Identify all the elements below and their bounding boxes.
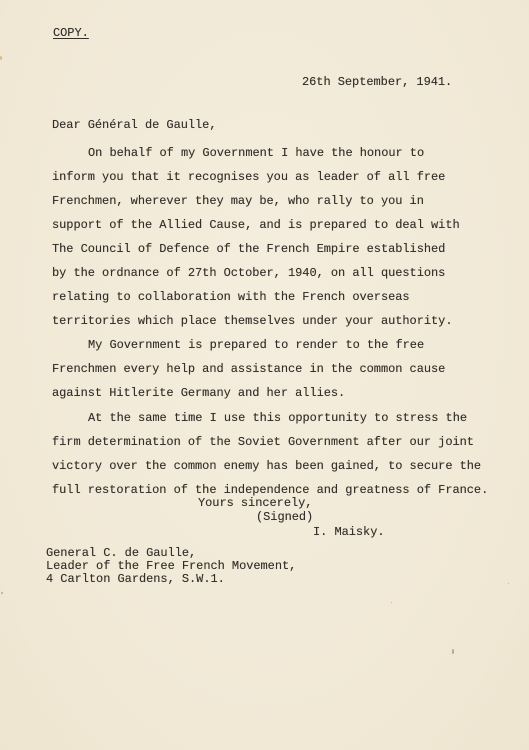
paragraph-1-line: support of the Allied Cause, and is prep…: [52, 218, 460, 232]
recipient-line: Leader of the Free French Movement,: [46, 559, 296, 573]
paragraph-1-line: Frenchmen, wherever they may be, who ral…: [52, 194, 424, 208]
paper-speck: [0, 56, 2, 60]
salutation: Dear Général de Gaulle,: [52, 118, 216, 132]
paragraph-2-line: against Hitlerite Germany and her allies…: [52, 386, 345, 400]
paragraph-3-line: full restoration of the independence and…: [52, 483, 488, 497]
paragraph-2-line: My Government is prepared to render to t…: [88, 338, 424, 352]
letter-date: 26th September, 1941.: [302, 75, 452, 89]
letter-page: COPY. 26th September, 1941. Dear Général…: [0, 0, 529, 750]
signed-note: (Signed): [256, 510, 313, 524]
paper-speck: [1, 592, 3, 594]
paragraph-3-line: At the same time I use this opportunity …: [88, 411, 467, 425]
paper-speck: [391, 602, 392, 603]
paragraph-1-line: The Council of Defence of the French Emp…: [52, 242, 445, 256]
paragraph-3-line: victory over the common enemy has been g…: [52, 459, 481, 473]
paragraph-1-line: by the ordnance of 27th October, 1940, o…: [52, 266, 445, 280]
paragraph-1-line: On behalf of my Government I have the ho…: [88, 146, 424, 160]
paragraph-3-line: firm determination of the Soviet Governm…: [52, 435, 474, 449]
copy-mark: COPY.: [53, 26, 89, 40]
recipient-line: 4 Carlton Gardens, S.W.1.: [46, 572, 225, 586]
paragraph-1-line: territories which place themselves under…: [52, 314, 452, 328]
paper-speck: [452, 649, 454, 654]
paper-speck: [439, 461, 441, 463]
signatory: I. Maisky.: [313, 525, 385, 539]
closing: Yours sincerely,: [198, 496, 312, 510]
recipient-line: General C. de Gaulle,: [46, 546, 196, 560]
paper-speck: [508, 583, 509, 584]
paragraph-1-line: relating to collaboration with the Frenc…: [52, 290, 410, 304]
paragraph-2-line: Frenchmen every help and assistance in t…: [52, 362, 445, 376]
paragraph-1-line: inform you that it recognises you as lea…: [52, 170, 445, 184]
